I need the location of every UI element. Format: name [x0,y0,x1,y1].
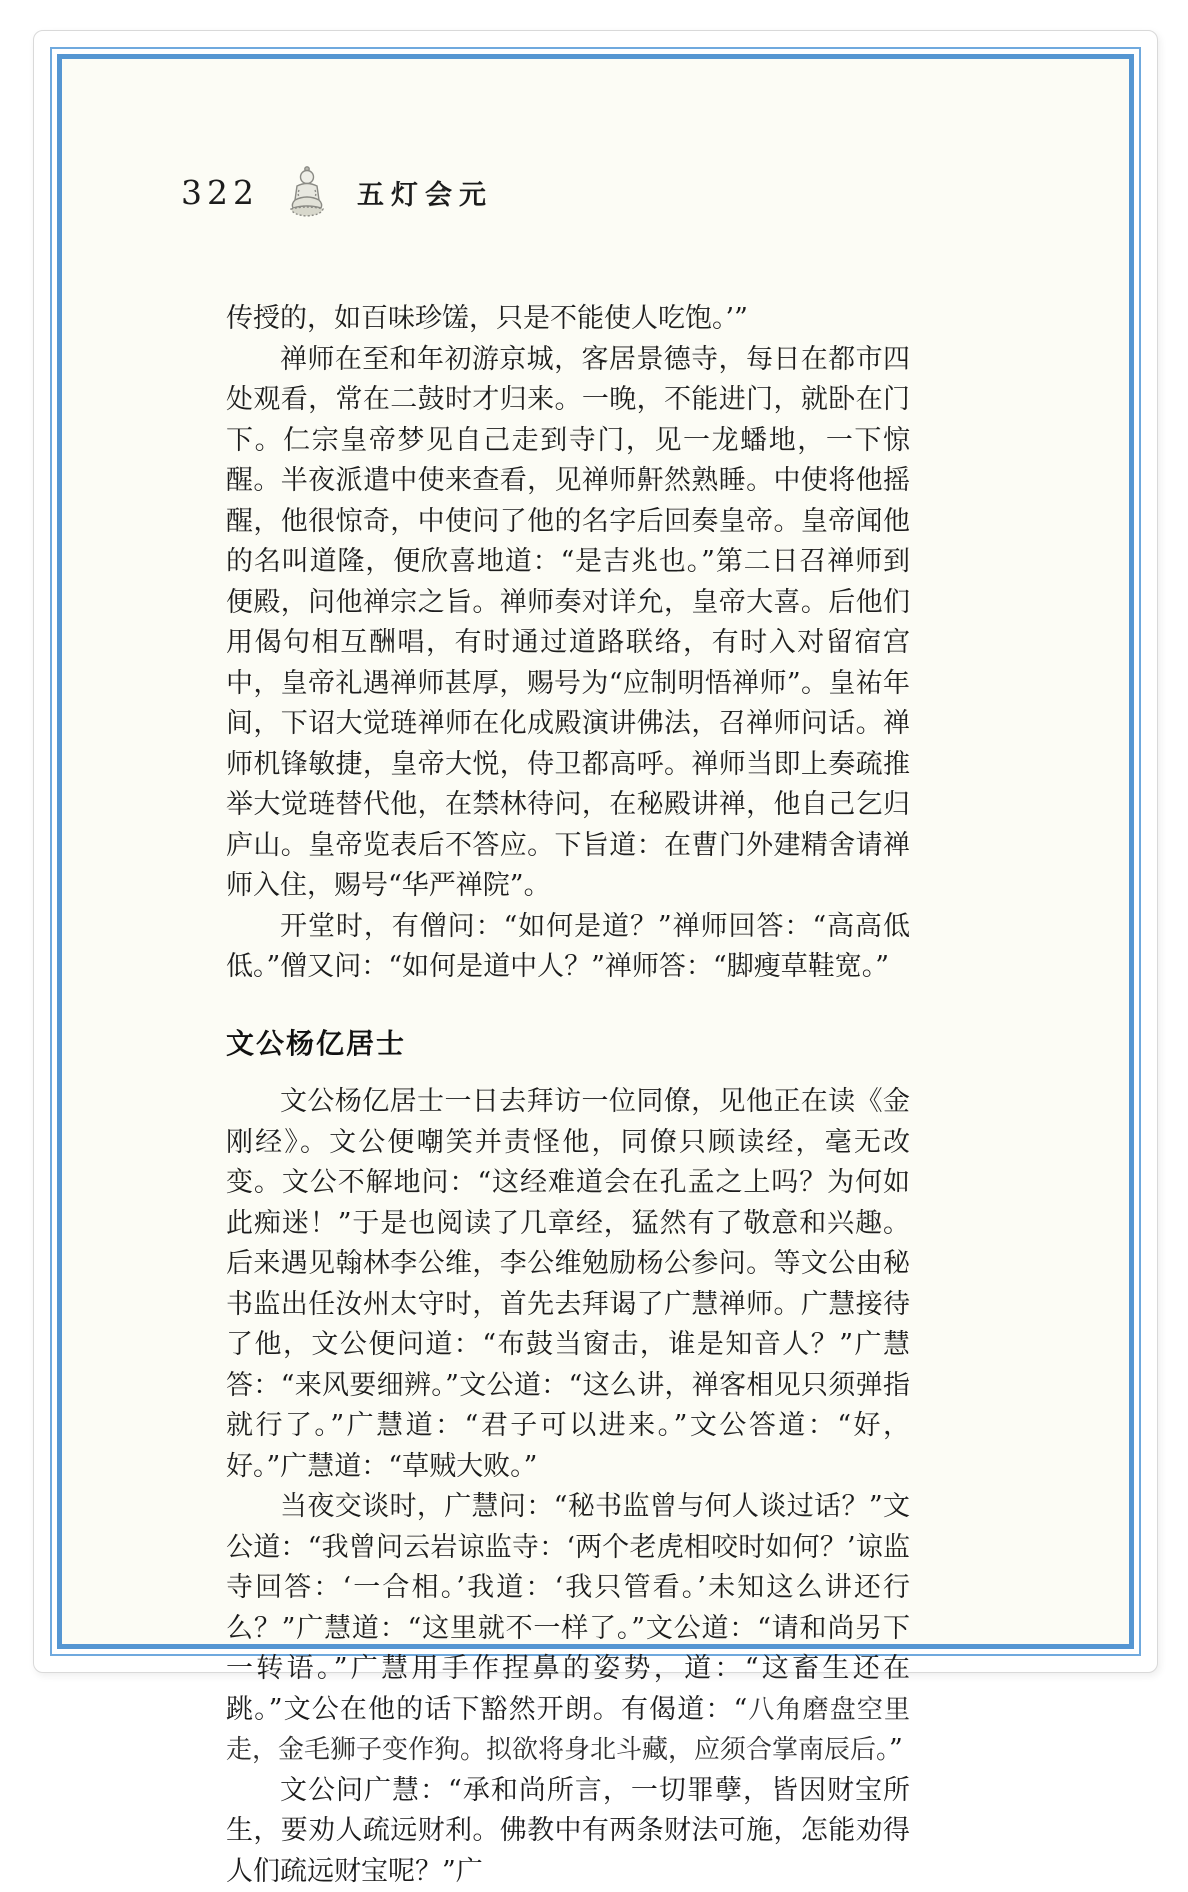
paragraph-continuation: 传授的，如百味珍馐，只是不能使人吃饱。’” [226,299,910,340]
buddha-icon [283,164,331,220]
paragraph-kaitang-dialogue: 开堂时，有僧问：“如何是道？”禅师回答：“高高低低。”僧又问：“如何是道中人？”… [226,907,910,988]
paragraph-night-talk-closing-quote: ” [889,1734,903,1765]
page-header: 322 五灯会元 [181,164,493,220]
page-body: 传授的，如百味珍馐，只是不能使人吃饱。’” 禅师在至和年初游京城，客居景德寺，每… [226,299,910,1892]
paragraph-chanshi-story: 禅师在至和年初游京城，客居景德寺，每日在都市四处观看，常在二鼓时才归来。一晚，不… [226,340,910,907]
paragraph-night-talk: 当夜交谈时，广慧问：“秘书监曾与何人谈过话？”文公道：“我曾问云岩谅监寺：‘两个… [226,1487,910,1771]
page-number: 322 [181,173,259,212]
paragraph-wengong-visit: 文公杨亿居士一日去拜访一位同僚，见他正在读《金刚经》。文公便嘲笑并责怪他，同僚只… [226,1082,910,1487]
section-heading: 文公杨亿居士 [226,1024,910,1065]
book-title: 五灯会元 [357,173,493,212]
paragraph-wealth-question: 文公问广慧：“承和尚所言，一切罪孽，皆因财宝所生，要劝人疏远财利。佛教中有两条财… [226,1771,910,1892]
book-page: 322 五灯会元 传授的，如百味珍馐，只是不能使人吃饱。’” 禅师在至和年初游京… [33,30,1158,1673]
paragraph-night-talk-text: 当夜交谈时，广慧问：“秘书监曾与何人谈过话？”文公道：“我曾问云岩谅监寺：‘两个… [226,1491,910,1725]
